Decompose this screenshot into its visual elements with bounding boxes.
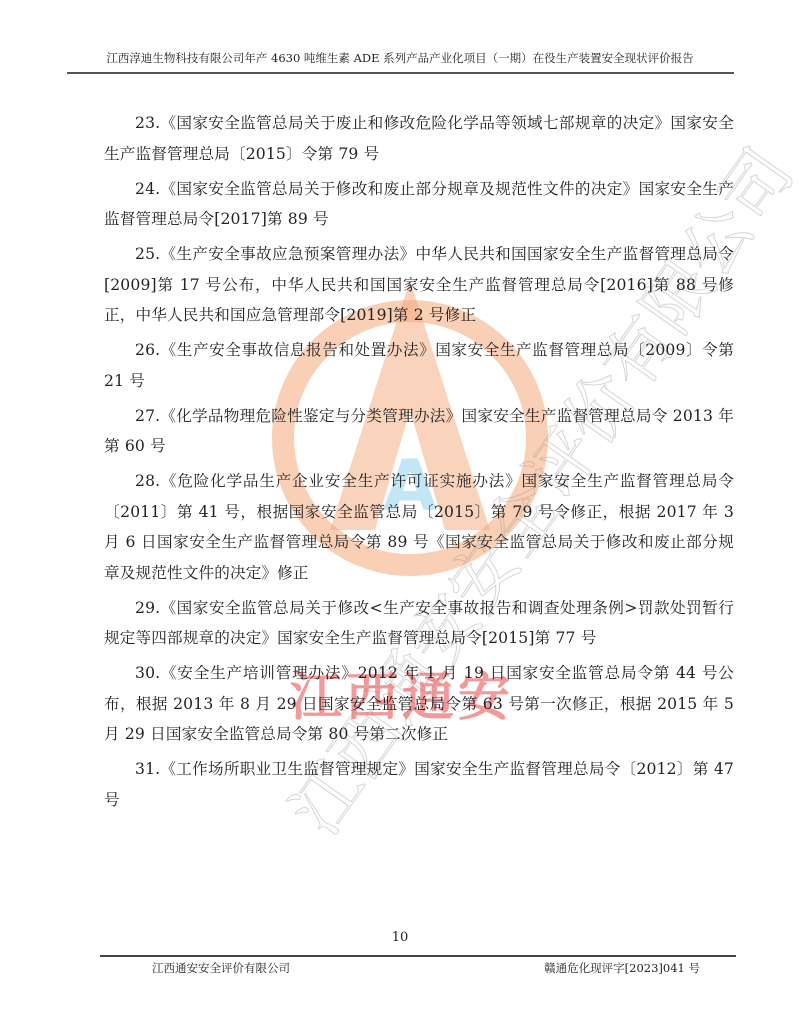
footer-divider — [100, 955, 736, 957]
regulation-item-31: 31.《工作场所职业卫生监督管理规定》国家安全生产监督管理总局令〔2012〕第 … — [104, 754, 734, 815]
regulation-item-26: 26.《生产安全事故信息报告和处置办法》国家安全生产监督管理总局〔2009〕令第… — [104, 335, 734, 396]
page-number: 10 — [0, 930, 800, 945]
page-header-title: 江西淳迪生物科技有限公司年产 4630 吨维生素 ADE 系列产品产业化项目（一… — [0, 50, 800, 66]
regulation-item-25: 25.《生产安全事故应急预案管理办法》中华人民共和国国家安全生产监督管理总局令[… — [104, 239, 734, 331]
regulation-item-24: 24.《国家安全监管总局关于修改和废止部分规章及规范性文件的决定》国家安全生产监… — [104, 174, 734, 235]
regulation-item-28: 28.《危险化学品生产企业安全生产许可证实施办法》国家安全生产监督管理总局令〔2… — [104, 466, 734, 588]
regulation-item-23: 23.《国家安全监管总局关于废止和修改危险化学品等领域七部规章的决定》国家安全生… — [104, 108, 734, 169]
footer-doc-number: 赣通危化现评字[2023]041 号 — [544, 960, 700, 976]
document-body: 23.《国家安全监管总局关于废止和修改危险化学品等领域七部规章的决定》国家安全生… — [104, 108, 734, 820]
regulation-item-27: 27.《化学品物理危险性鉴定与分类管理办法》国家安全生产监督管理总局令 2013… — [104, 401, 734, 462]
header-divider — [67, 72, 734, 74]
footer-company: 江西通安安全评价有限公司 — [152, 960, 290, 976]
regulation-item-29: 29.《国家安全监管总局关于修改<生产安全事故报告和调查处理条例>罚款处罚暂行规… — [104, 593, 734, 654]
regulation-item-30: 30.《安全生产培训管理办法》2012 年 1 月 19 日国家安全监管总局令第… — [104, 658, 734, 750]
